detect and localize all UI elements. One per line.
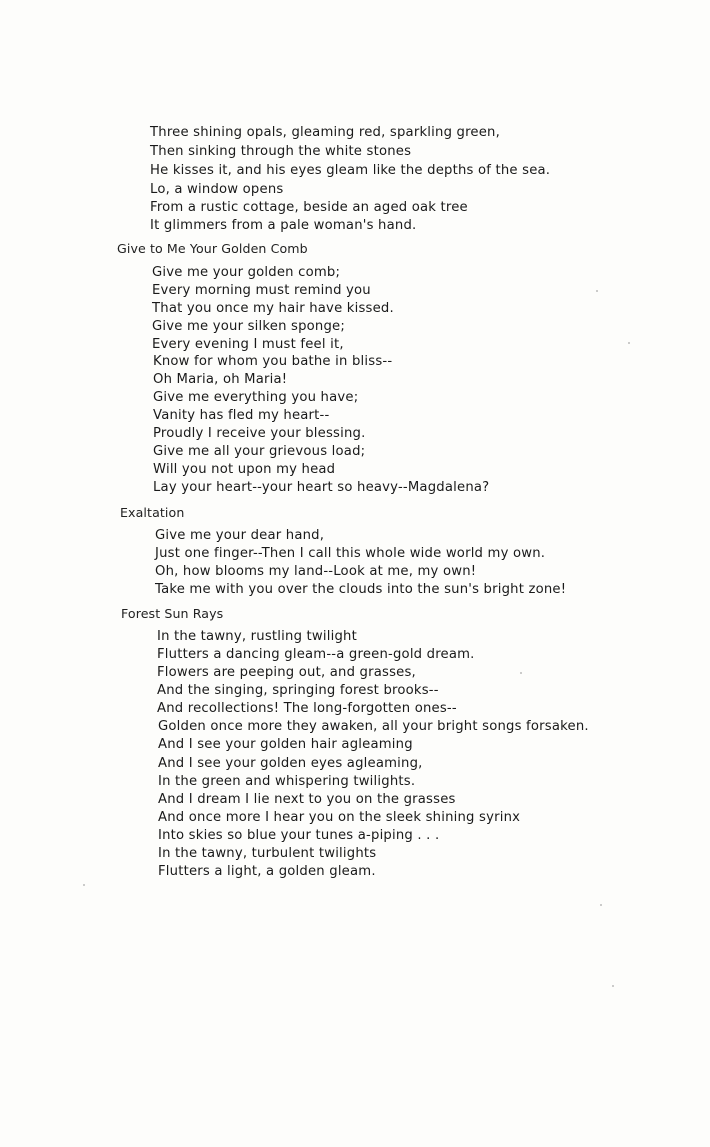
poem-line: Give me your dear hand, — [155, 527, 324, 545]
poem-line: Into skies so blue your tunes a-piping .… — [158, 827, 439, 845]
poem-line: And recollections! The long-forgotten on… — [157, 700, 457, 718]
poem-line: Know for whom you bathe in bliss-- — [153, 353, 392, 371]
poem-line: Flutters a dancing gleam--a green-gold d… — [157, 646, 475, 664]
poem-line: Lo, a window opens — [150, 181, 283, 199]
poem-line: Give me your silken sponge; — [152, 318, 345, 336]
poem-line: From a rustic cottage, beside an aged oa… — [150, 199, 468, 217]
scan-speck — [83, 884, 85, 886]
poem-line: And the singing, springing forest brooks… — [157, 682, 439, 700]
poem-line: And I see your golden hair agleaming — [158, 736, 413, 754]
poem-line: Will you not upon my head — [153, 461, 335, 479]
poem-line: Then sinking through the white stones — [150, 143, 411, 161]
scan-speck — [520, 672, 522, 674]
poem-line: Oh, how blooms my land--Look at me, my o… — [155, 563, 476, 581]
poem-line: Give me your golden comb; — [152, 264, 340, 282]
poem-line: Just one finger--Then I call this whole … — [155, 545, 545, 563]
poem-line: Take me with you over the clouds into th… — [155, 581, 566, 599]
poem-line: Three shining opals, gleaming red, spark… — [150, 124, 500, 142]
poem-title: Forest Sun Rays — [121, 605, 223, 623]
poem-line: Every evening I must feel it, — [152, 336, 344, 354]
poem-line: Proudly I receive your blessing. — [153, 425, 366, 443]
poem-line: Every morning must remind you — [152, 282, 371, 300]
poem-line: In the tawny, turbulent twilights — [158, 845, 376, 863]
poem-line: In the tawny, rustling twilight — [157, 628, 357, 646]
scanned-page: Three shining opals, gleaming red, spark… — [0, 0, 710, 1147]
poem-line: And I see your golden eyes agleaming, — [158, 755, 423, 773]
poem-line: And I dream I lie next to you on the gra… — [158, 791, 456, 809]
poem-title: Give to Me Your Golden Comb — [117, 240, 308, 258]
poem-line: Lay your heart--your heart so heavy--Mag… — [153, 479, 489, 497]
poem-line: Oh Maria, oh Maria! — [153, 371, 287, 389]
poem-line: Give me all your grievous load; — [153, 443, 365, 461]
poem-line: That you once my hair have kissed. — [152, 300, 394, 318]
poem-line: He kisses it, and his eyes gleam like th… — [150, 162, 550, 180]
poem-line: And once more I hear you on the sleek sh… — [158, 809, 520, 827]
poem-line: Give me everything you have; — [153, 389, 358, 407]
poem-line: Flutters a light, a golden gleam. — [158, 863, 376, 881]
poem-line: It glimmers from a pale woman's hand. — [150, 217, 416, 235]
poem-title: Exaltation — [120, 504, 184, 522]
poem-line: Golden once more they awaken, all your b… — [158, 718, 589, 736]
scan-speck — [600, 904, 602, 906]
poem-line: Flowers are peeping out, and grasses, — [157, 664, 416, 682]
scan-speck — [612, 985, 614, 987]
scan-speck — [628, 342, 630, 344]
poem-line: Vanity has fled my heart-- — [153, 407, 329, 425]
scan-speck — [596, 290, 598, 292]
poem-line: In the green and whispering twilights. — [158, 773, 415, 791]
